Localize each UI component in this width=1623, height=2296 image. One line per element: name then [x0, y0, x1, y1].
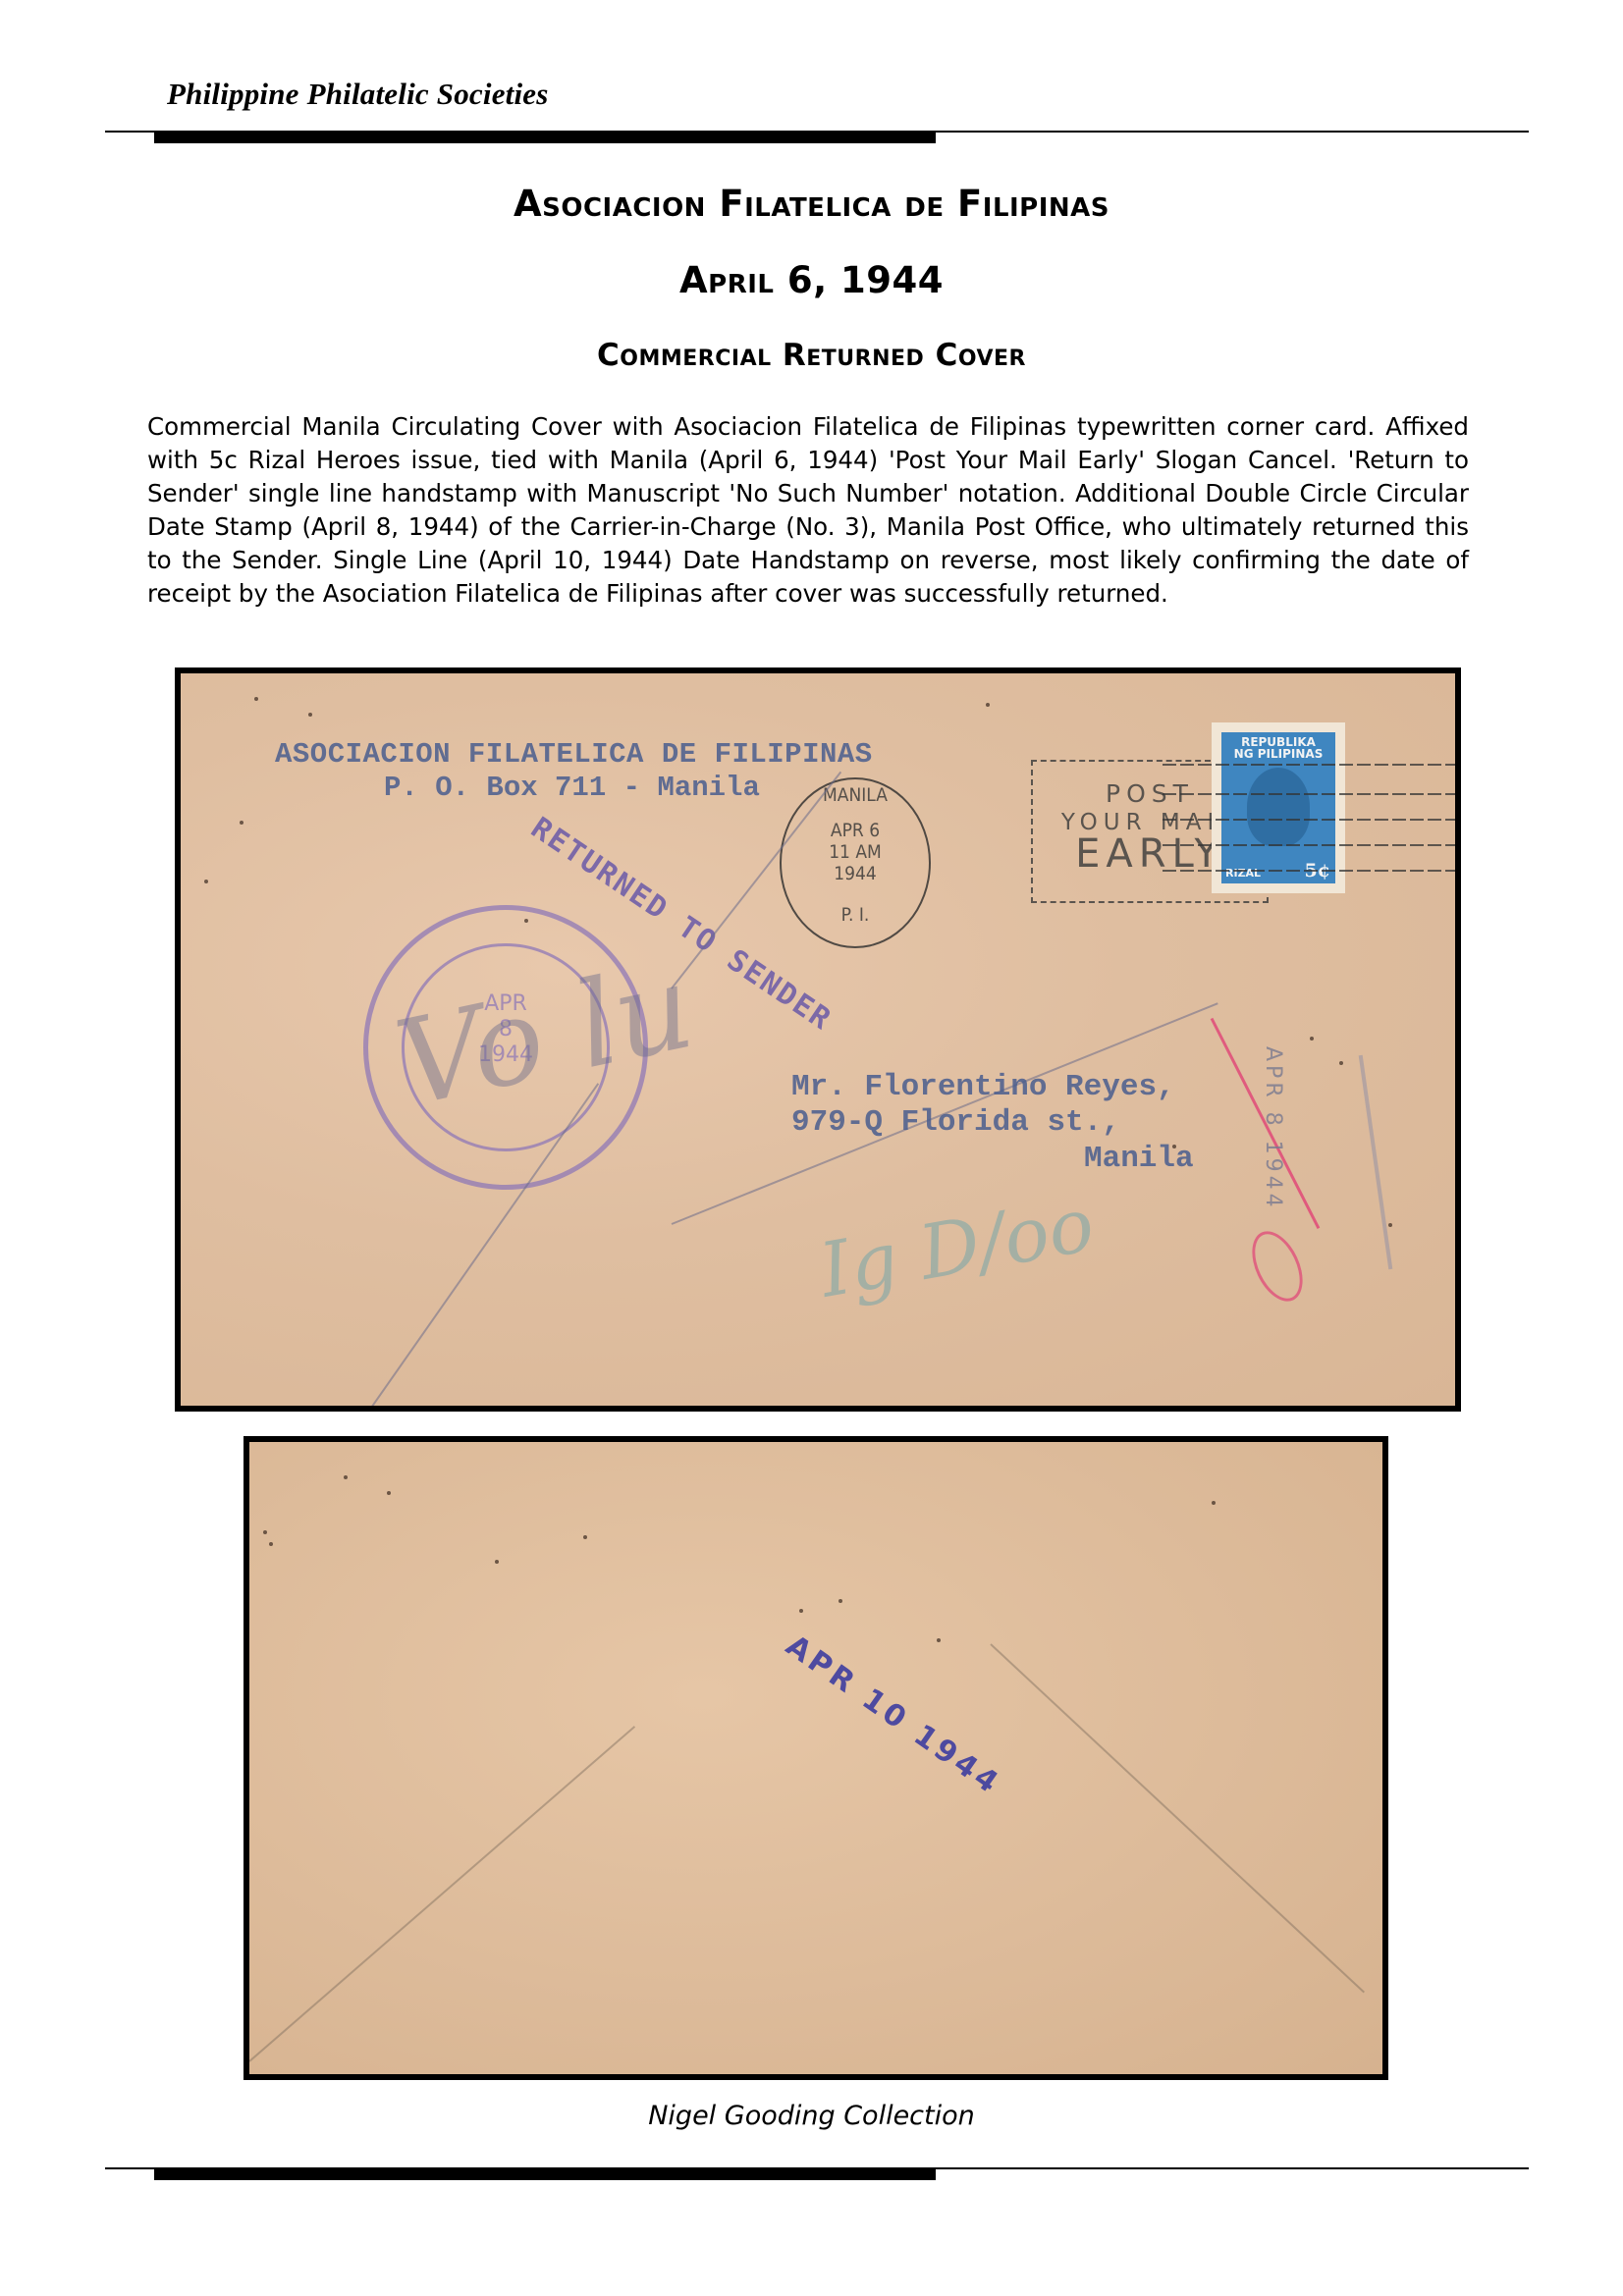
cancel-bar [1163, 844, 1461, 846]
manila-postmark: MANILA APR 6 11 AM 1944 P. I. [780, 777, 931, 948]
front-cover-image: ASOCIACION FILATELICA DE FILIPINAS P. O.… [175, 667, 1461, 1412]
side-date-handstamp: APR 8 1944 [1261, 1046, 1285, 1211]
header-rule-thick [154, 133, 936, 143]
foxing-spot [263, 1530, 267, 1534]
cancel-bar [1163, 764, 1461, 766]
postmark-date: APR 6 [782, 821, 929, 840]
cancel-bar [1163, 870, 1461, 872]
stamp-portrait-name: RIZAL [1225, 867, 1261, 880]
foxing-spot [308, 713, 312, 717]
address-line3: Manila [1084, 1142, 1194, 1176]
stamp-country-line2: NG PILIPINAS [1221, 748, 1335, 760]
foxing-spot [344, 1475, 348, 1479]
corner-card-line1: ASOCIACION FILATELICA DE FILIPINAS [275, 738, 873, 771]
foxing-spot [799, 1609, 803, 1613]
postmark-country: P. I. [782, 905, 929, 925]
green-manuscript-notation: Ig D/oo [813, 1180, 1100, 1313]
foxing-spot [1388, 1223, 1392, 1227]
foxing-spot [583, 1535, 587, 1539]
rizal-postage-stamp: REPUBLIKA NG PILIPINAS RIZAL 5¢ [1212, 722, 1345, 893]
envelope-flap-edge [990, 1643, 1365, 1993]
stamp-country: REPUBLIKA NG PILIPINAS [1221, 736, 1335, 760]
foxing-spot [1172, 1145, 1176, 1148]
foxing-spot [1310, 1037, 1314, 1041]
foxing-spot [254, 697, 258, 701]
april-10-date-handstamp: APR 10 1944 [780, 1629, 1007, 1802]
side-handstamp-bar [1359, 1055, 1393, 1269]
foxing-spot [1212, 1501, 1216, 1505]
society-title: Asociacion Filatelica de Filipinas [0, 183, 1623, 225]
foxing-spot [240, 821, 243, 825]
foxing-spot [269, 1542, 273, 1546]
foxing-spot [1339, 1061, 1343, 1065]
subject-title: Commercial Returned Cover [0, 338, 1623, 373]
rizal-portrait [1247, 768, 1310, 846]
foxing-spot [495, 1560, 499, 1564]
envelope-flap-edge [248, 1726, 635, 2062]
address-line2: 979-Q Florida st., [791, 1105, 1120, 1140]
foxing-spot [387, 1491, 391, 1495]
back-cover-image: APR 10 1944 [243, 1436, 1388, 2080]
red-crayon-loop [1242, 1223, 1313, 1308]
foxing-spot [986, 703, 990, 707]
description-paragraph: Commercial Manila Circulating Cover with… [147, 410, 1469, 612]
foxing-spot [204, 880, 208, 883]
cancel-bar [1163, 793, 1461, 795]
postmark-city: MANILA [782, 785, 929, 805]
cancel-bar [1163, 819, 1461, 821]
foxing-spot [524, 919, 528, 923]
collection-credit: Nigel Gooding Collection [0, 2101, 1623, 2131]
running-head: Philippine Philatelic Societies [167, 77, 549, 112]
footer-rule-thick [154, 2169, 936, 2180]
date-title: April 6, 1944 [0, 259, 1623, 301]
postmark-time: 11 AM [782, 842, 929, 862]
corner-card-line2: P. O. Box 711 - Manila [384, 772, 760, 804]
foxing-spot [839, 1599, 842, 1603]
postmark-year: 1944 [782, 864, 929, 883]
foxing-spot [937, 1638, 941, 1642]
address-line1: Mr. Florentino Reyes, [791, 1070, 1175, 1104]
